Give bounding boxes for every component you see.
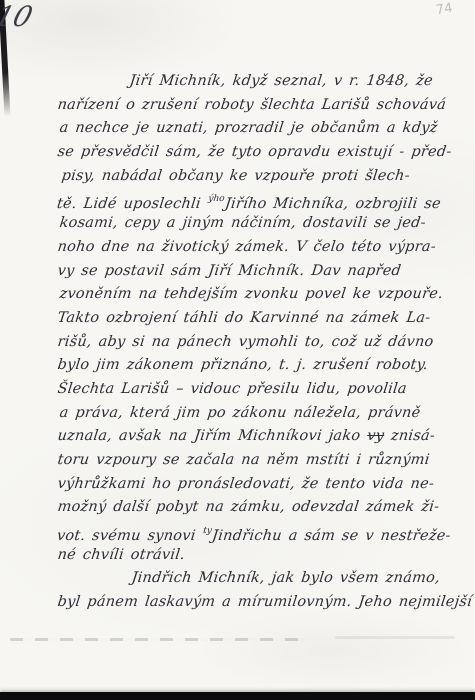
handwritten-text-segment: né chvíli otrávil. [57,547,186,563]
manuscript-line: vy se postavil sám Jiří Michník. Dav nap… [56,260,469,284]
manuscript-line: tě. Lidé uposlechli ýhoJiřího Michníka, … [56,188,469,212]
handwritten-text-segment: bylo jim zákonem přiznáno, t. j. zrušení… [57,357,429,373]
struck-out-text: vy [366,428,385,444]
handwritten-text-segment: pisy, nabádal občany ke vzpouře proti šl… [61,168,411,184]
manuscript-line: a práva, která jim po zákonu náležela, p… [56,402,469,426]
manuscript-line: byl pánem laskavým a mírumilovným. Jeho … [56,591,469,615]
handwritten-text-segment: Jindřich Michník, jak bylo všem známo, [131,570,441,586]
pencil-smear-artifact [335,636,455,639]
handwritten-text-segment: toru vzpoury se začala na něm mstíti i r… [57,452,431,468]
manuscript-line: možný další pobyt na zámku, odevzdal zám… [56,496,469,520]
manuscript-line: vot. svému synovi tyJindřichu a sám se v… [56,520,469,544]
handwritten-text-segment: uznala, avšak na Jiřím Michníkovi jako [57,428,369,444]
manuscript-line: Takto ozbrojení táhli do Karvinné na zám… [56,307,469,331]
manuscript-page: 10 74 Jiří Michník, když seznal, v r. 18… [0,0,475,700]
manuscript-line: zvoněním na tehdejším zvonku povel ke vz… [56,283,469,307]
superscript-correction: ty [202,526,212,536]
manuscript-line: výhrůžkami ho pronásledovati, že tento v… [56,473,469,497]
handwritten-text-segment: Jiří Michník, když seznal, v r. 1848, že [129,73,434,89]
manuscript-line: Jiří Michník, když seznal, v r. 1848, že [56,70,469,94]
handwritten-text-segment: byl pánem laskavým a mírumilovným. Jeho … [57,594,473,610]
handwritten-text-block: Jiří Michník, když seznal, v r. 1848, že… [56,70,466,615]
handwritten-text-segment: výhrůžkami ho pronásledovati, že tento v… [57,476,435,492]
manuscript-line: rišů, aby si na pánech vymohli to, což u… [56,331,469,355]
manuscript-line: bylo jim zákonem přiznáno, t. j. zrušení… [56,354,469,378]
handwritten-text-segment: rišů, aby si na pánech vymohli to, což u… [57,334,435,350]
handwritten-text-segment: a práva, která jim po zákonu náležela, p… [59,405,422,421]
handwritten-text-segment: zvoněním na tehdejším zvonku povel ke vz… [59,286,444,302]
manuscript-line: se přesvědčil sám, že tyto opravdu exist… [56,141,469,165]
handwritten-text-segment: noho dne na životický zámek. V čelo této… [57,239,437,255]
manuscript-line: noho dne na životický zámek. V čelo této… [56,236,469,260]
manuscript-line: a nechce je uznati, prozradil je občanům… [56,117,469,141]
handwritten-text-segment: Takto ozbrojení táhli do Karvinné na zám… [57,310,432,326]
scan-edge-bar-bottom [0,692,475,700]
handwritten-text-segment: tě. Lidé uposlechli [56,196,209,212]
handwritten-text-segment: možný další pobyt na zámku, odevzdal zám… [57,499,441,515]
manuscript-line: Šlechta Larišů – vidouc přesilu lidu, po… [56,378,469,402]
handwritten-text-segment: Jindřichu a sám se v nestřeže- [211,528,451,544]
handwritten-text-segment: znisá- [383,428,436,444]
manuscript-line: uznala, avšak na Jiřím Michníkovi jako v… [56,425,469,449]
manuscript-line: né chvíli otrávil. [56,544,469,568]
manuscript-line: kosami, cepy a jiným náčiním, dostavili … [56,212,469,236]
manuscript-line: toru vzpoury se začala na něm mstíti i r… [56,449,469,473]
pencil-annotation: 74 [435,1,454,18]
superscript-correction: ýho [208,194,226,204]
manuscript-line: pisy, nabádal občany ke vzpouře proti šl… [56,165,469,189]
manuscript-line: nařízení o zrušení roboty šlechta Larišů… [56,94,469,118]
page-number: 10 [0,0,36,33]
pencil-smear-artifact [10,638,305,641]
handwritten-text-segment: Šlechta Larišů – vidouc přesilu lidu, po… [57,381,408,397]
handwritten-text-segment: Jiřího Michníka, ozbrojili se [224,196,442,212]
handwritten-text-segment: nařízení o zrušení roboty šlechta Larišů… [57,97,447,113]
handwritten-text-segment: kosami, cepy a jiným náčiním, dostavili … [59,215,427,231]
handwritten-text-segment: vy se postavil sám Jiří Michník. Dav nap… [57,263,402,279]
handwritten-text-segment: vot. svému synovi [56,528,203,544]
manuscript-line: Jindřich Michník, jak bylo všem známo, [56,567,469,591]
handwritten-text-segment: se přesvědčil sám, že tyto opravdu exist… [57,144,453,160]
handwritten-text-segment: a nechce je uznati, prozradil je občanům… [59,120,439,136]
